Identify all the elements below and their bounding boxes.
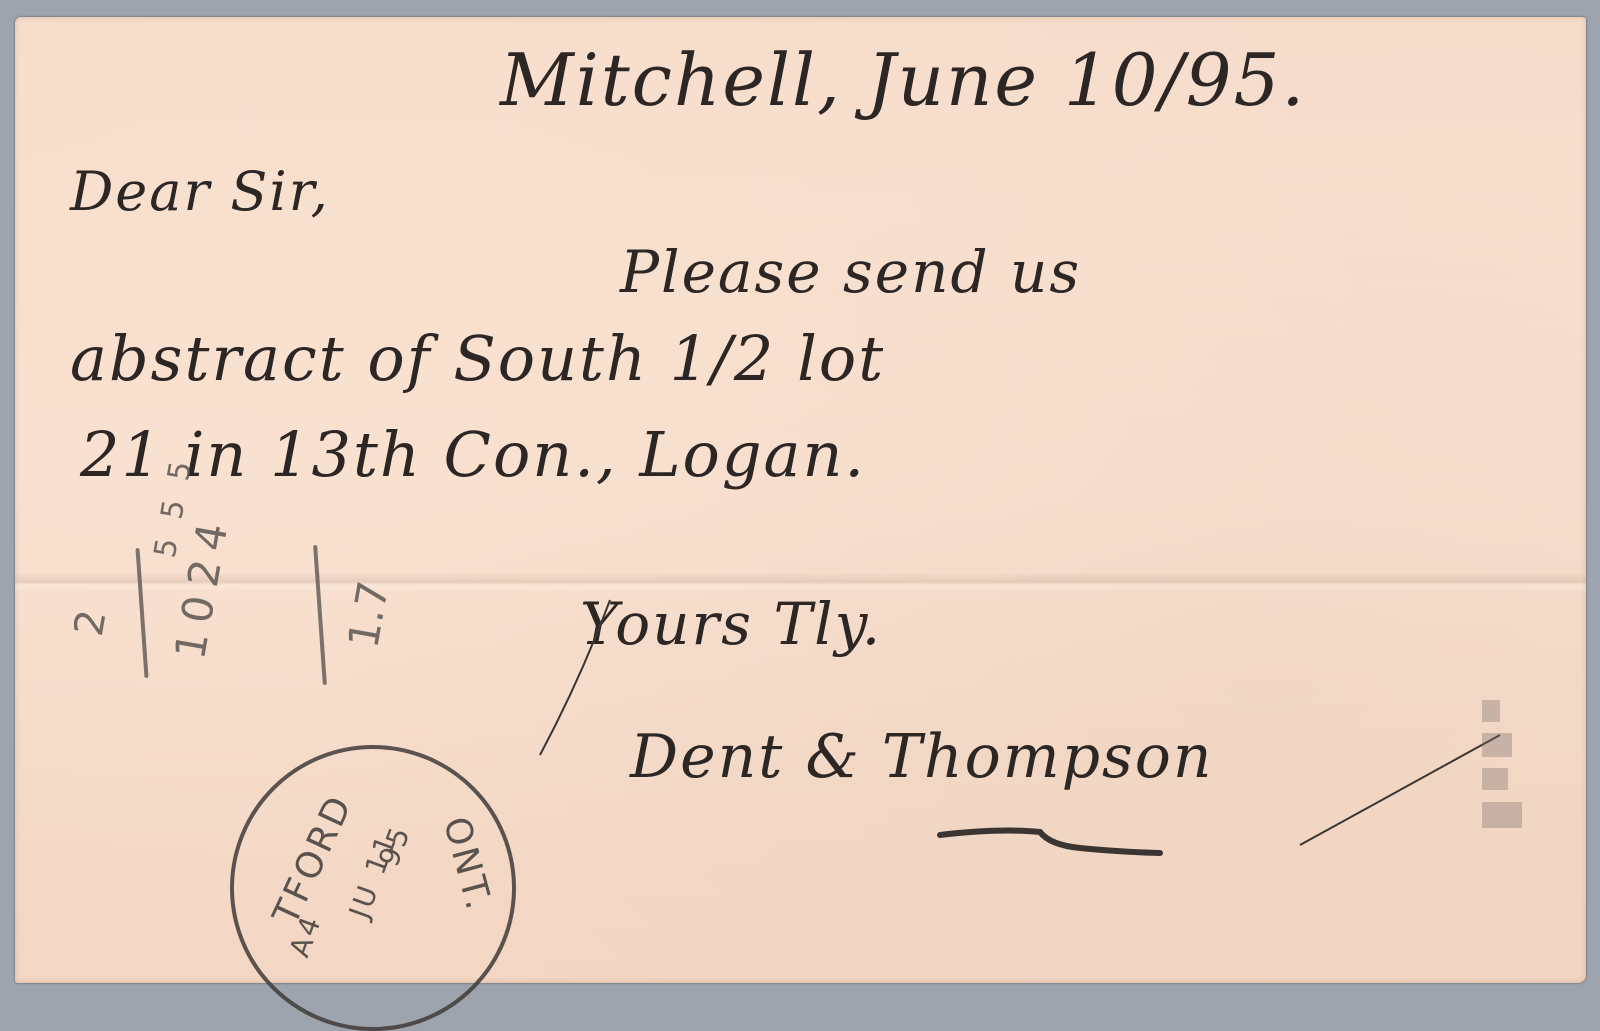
salutation: Dear Sir, [70,160,330,223]
place-date-line: Mitchell, June 10/95. [500,38,1306,122]
side-mark [1482,802,1522,828]
postmark-province: ONT. [435,813,500,917]
body-line-2: abstract of South 1/2 lot [70,322,885,395]
side-mark [1482,733,1512,757]
side-mark [1482,700,1500,722]
body-line-1: Please send us [620,238,1081,306]
side-mark [1482,768,1508,790]
signature-flourish [520,560,1520,880]
